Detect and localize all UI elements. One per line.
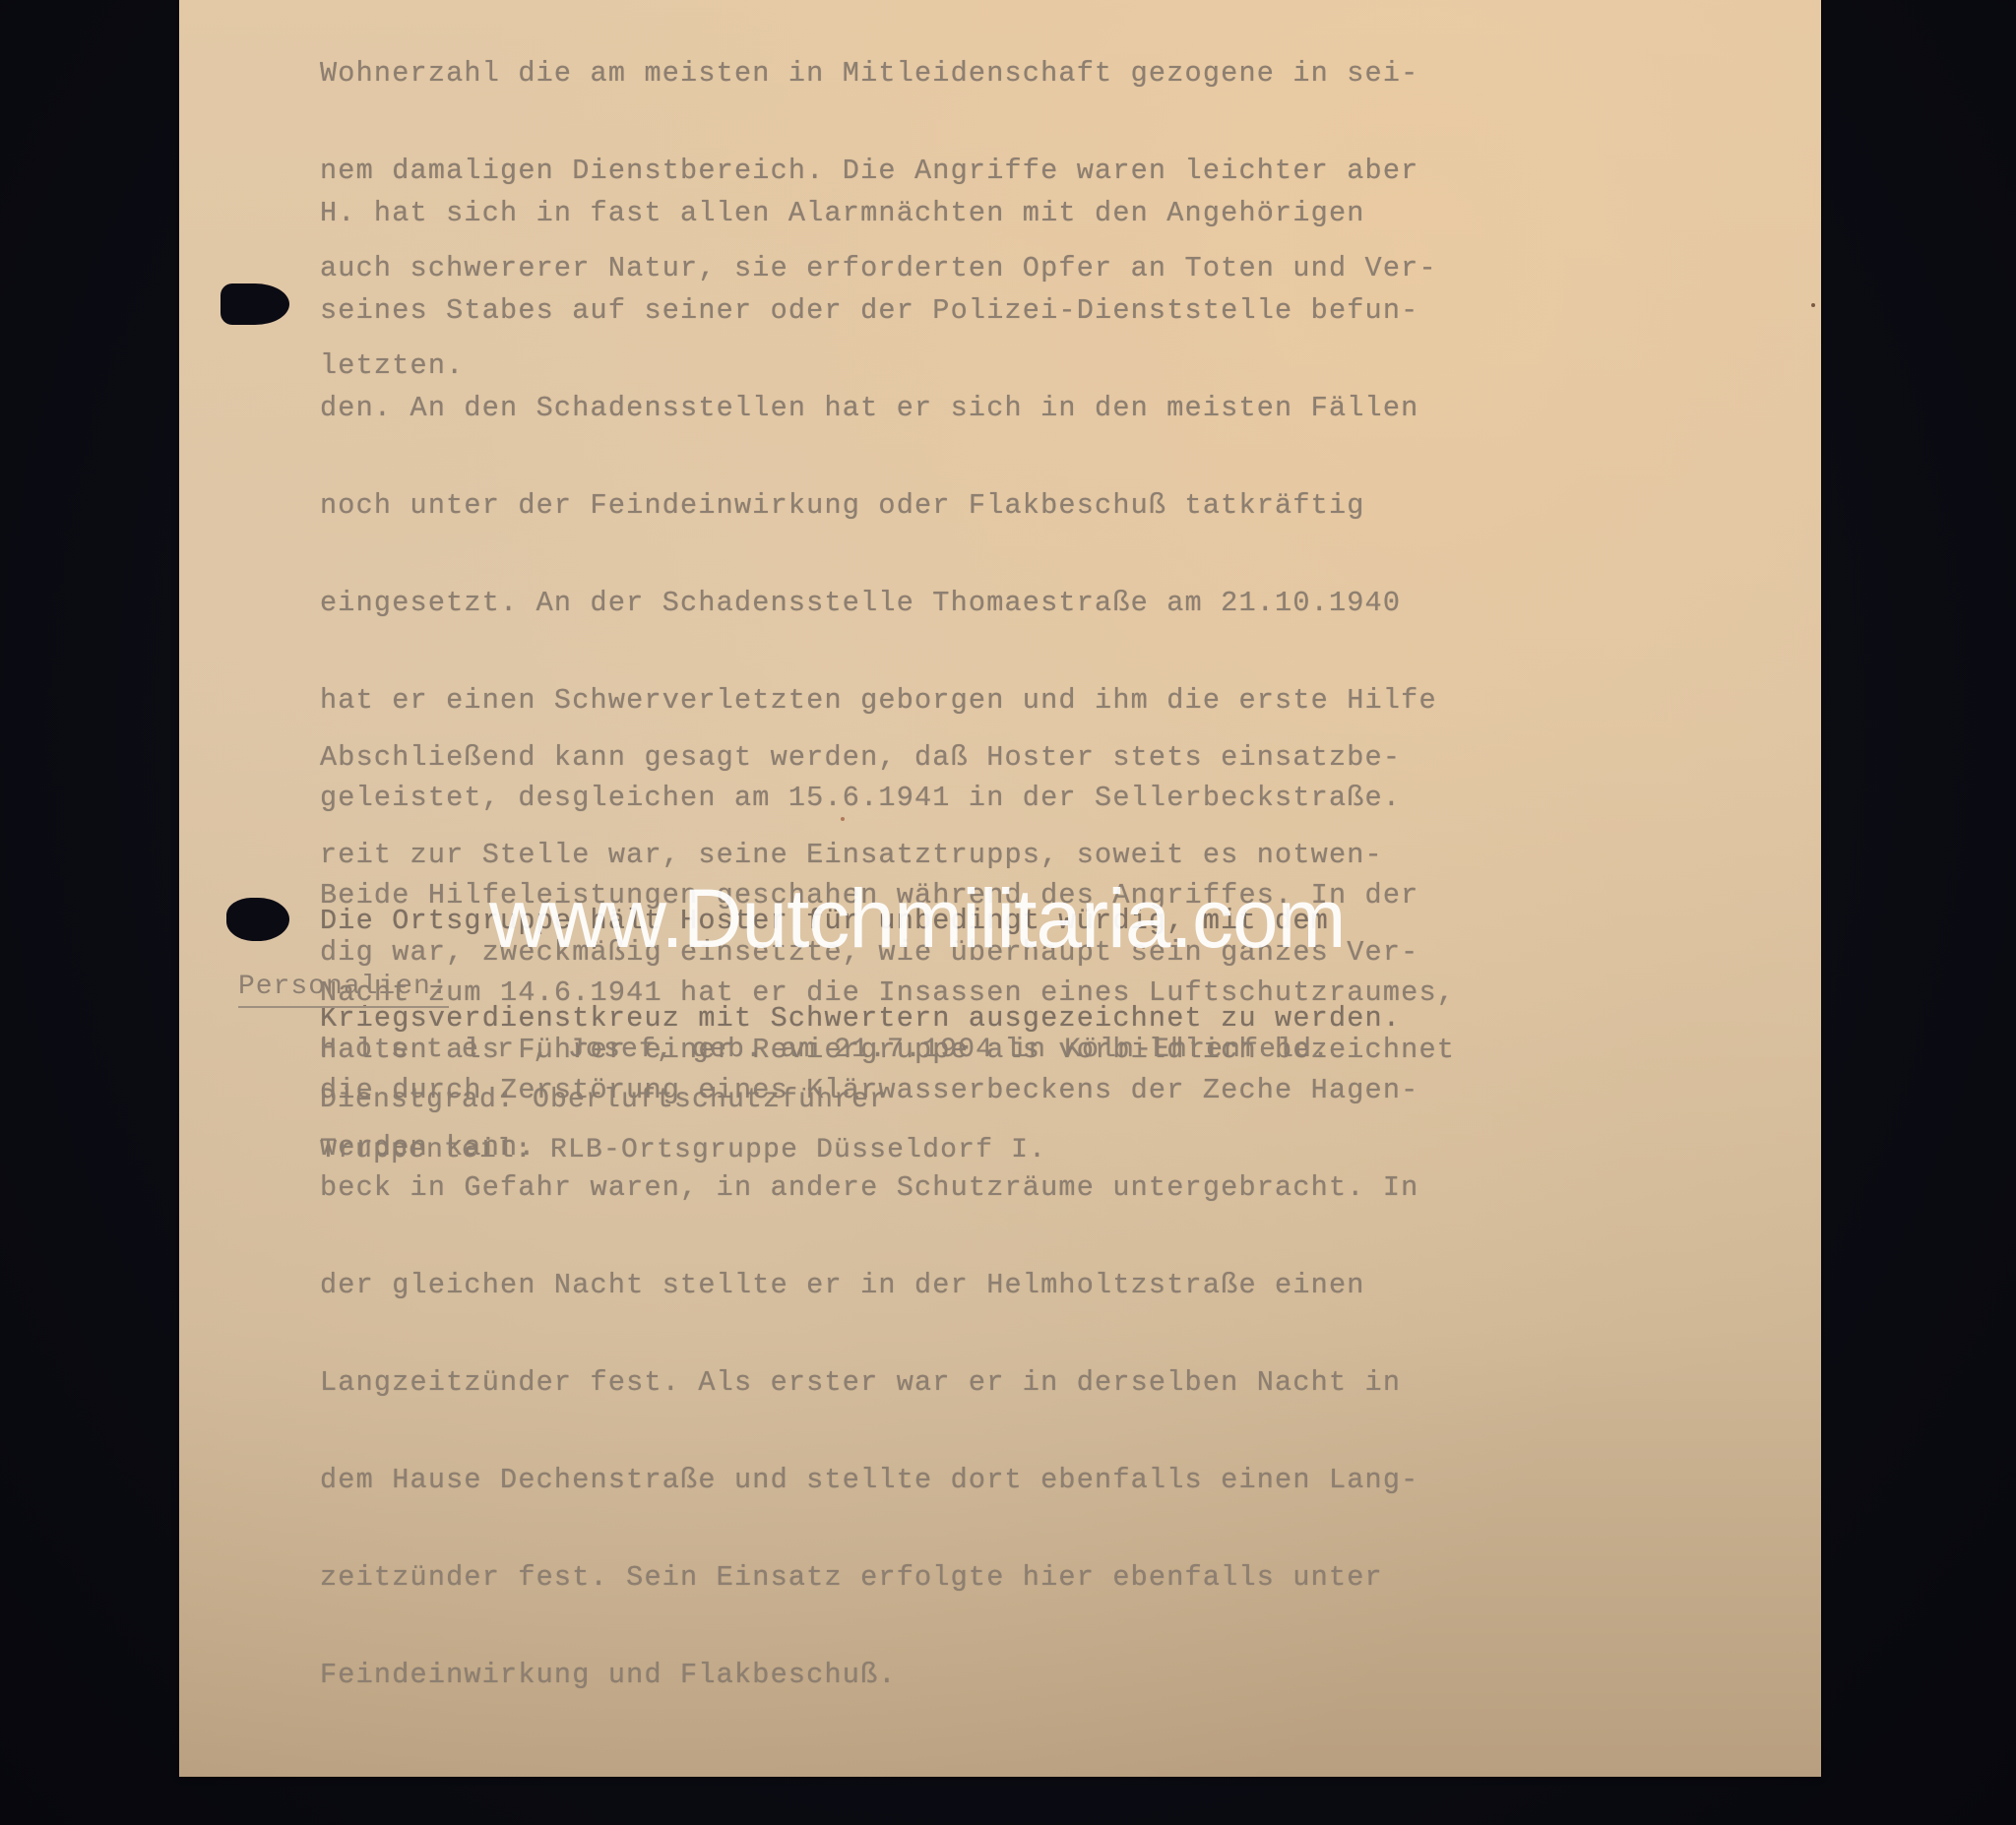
text-line: Feindeinwirkung und Flakbeschuß. [320,1659,1455,1691]
paper-speck [1811,303,1815,307]
personalien-heading: Personalien: [238,972,449,1008]
punch-hole-bottom [226,898,289,941]
text-line: Abschließend kann gesagt werden, daß Hos… [320,741,1455,774]
text-line: Wohnerzahl die am meisten in Mitleidensc… [320,57,1437,90]
text-line: den. An den Schadensstellen hat er sich … [320,392,1455,424]
text-line: H. hat sich in fast allen Alarmnächten m… [320,197,1455,229]
watermark: www.Dutchmilitaria.com [489,871,1346,967]
text-line: zeitzünder fest. Sein Einsatz erfolgte h… [320,1561,1455,1594]
text-line: noch unter der Feindeinwirkung oder Flak… [320,489,1455,522]
personal-unit-line: Truppenteil: RLB-Ortsgruppe Düsseldorf I… [320,1134,1046,1166]
text-line: der gleichen Nacht stellte er in der Hel… [320,1269,1455,1301]
text-line: eingesetzt. An der Schadensstelle Thomae… [320,587,1455,619]
text-line: seines Stabes auf seiner oder der Polize… [320,294,1455,327]
text-line: dem Hause Dechenstraße und stellte dort … [320,1464,1455,1496]
text-line: Langzeitzünder fest. Als erster war er i… [320,1366,1455,1399]
personal-name-line: H o s t e r , Josef, geb. am 21.7.1904 i… [320,1034,1330,1066]
personal-rank-line: Dienstgrad: Oberluftschutzführer [320,1084,887,1116]
text-line: Kriegsverdienstkreuz mit Schwertern ausg… [320,1002,1401,1035]
punch-hole-top [220,283,289,325]
